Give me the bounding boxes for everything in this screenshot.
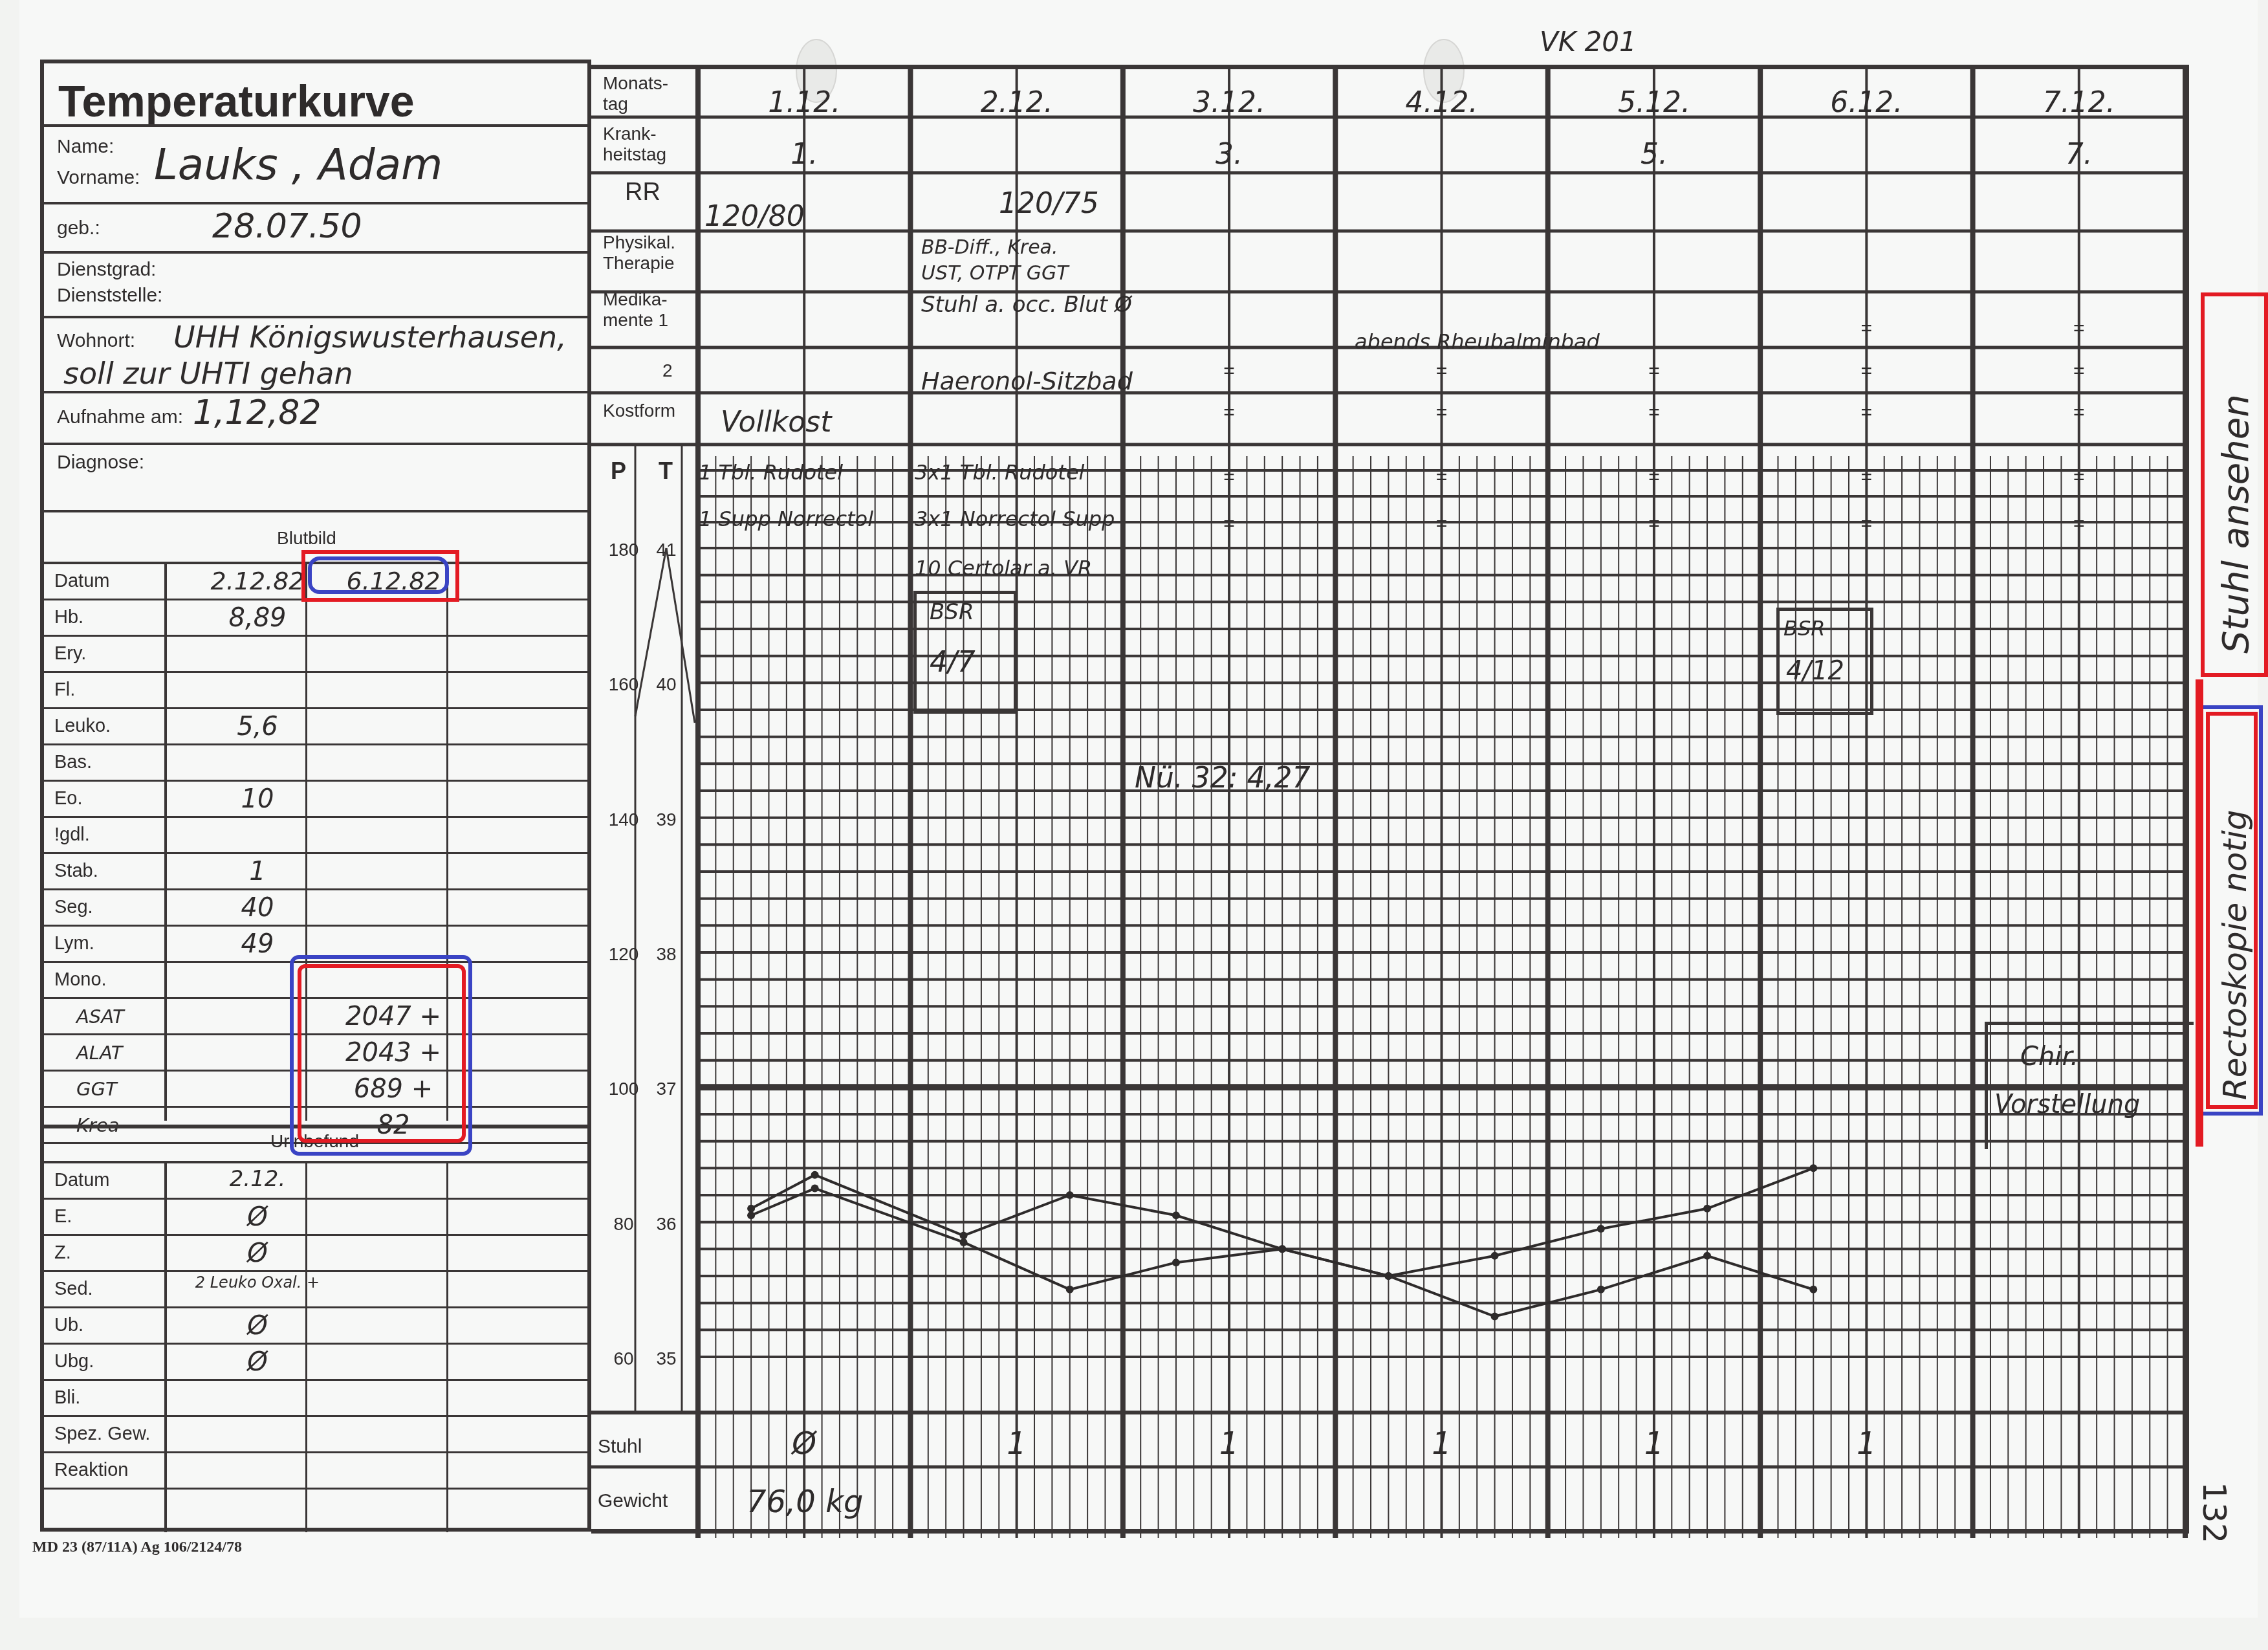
header-note: VK 201 xyxy=(1540,26,1637,58)
residence-label: Wohnort: xyxy=(57,330,135,352)
lab-row: Hb.8,89 xyxy=(44,600,587,637)
bsr-1-value: 4/7 xyxy=(930,646,976,679)
supp-day1: 1 Supp Norrectol xyxy=(699,507,873,531)
medikamente1-day4: abends Rheubalminbad xyxy=(1355,329,1600,354)
lab-row: Stab.1 xyxy=(44,854,587,890)
svg-text:3.: 3. xyxy=(1216,138,1243,171)
column-divider xyxy=(164,1163,167,1532)
lab-row-label: Eo. xyxy=(54,788,83,809)
lab-row: !gdl. xyxy=(44,818,587,854)
side-note-bottom: Rectoskopie notig xyxy=(2216,809,2254,1100)
svg-text:=: = xyxy=(1648,467,1660,488)
lab-row-label: Stab. xyxy=(54,861,98,882)
svg-text:=: = xyxy=(1223,402,1235,423)
svg-text:=: = xyxy=(2073,467,2085,488)
rudotel-day2: 3x1 Tbl. Rudotel xyxy=(915,460,1084,485)
svg-text:1: 1 xyxy=(1432,1425,1452,1462)
rank-label: Dienstgrad: xyxy=(57,259,156,281)
svg-text:4.12.: 4.12. xyxy=(1406,86,1478,119)
svg-text:5.12.: 5.12. xyxy=(1618,86,1690,119)
diagnosis-label: Diagnose: xyxy=(57,452,144,474)
form-code: MD 23 (87/11A) Ag 106/2124/78 xyxy=(32,1539,242,1556)
lab-row-label: Fl. xyxy=(54,679,75,701)
lab-row-label: !gdl. xyxy=(54,824,90,846)
svg-text:=: = xyxy=(1223,360,1235,382)
physikal-day2-line2: UST, OTPT GGT xyxy=(921,262,1069,285)
bsr-1-title: BSR xyxy=(930,599,974,625)
residence-value-line2: soll zur UHTI gehan xyxy=(63,356,353,391)
svg-text:5.: 5. xyxy=(1641,138,1668,171)
lab-row-label: E. xyxy=(54,1206,72,1227)
svg-text:1.: 1. xyxy=(791,138,818,171)
rr-day1-value: 120/80 xyxy=(704,200,805,233)
lab-value: Ø xyxy=(180,1202,335,1232)
lab-row-label: Bli. xyxy=(54,1387,80,1409)
svg-text:1: 1 xyxy=(1644,1425,1664,1462)
admission-value: 1,12,82 xyxy=(193,393,321,432)
lab-row: Reaktion xyxy=(44,1453,587,1490)
urinbefund-date-row: Datum 2.12. xyxy=(44,1163,587,1200)
svg-text:39: 39 xyxy=(656,809,676,830)
lab-value: 40 xyxy=(180,893,335,923)
svg-text:Ø: Ø xyxy=(791,1425,817,1462)
lab-row-label: Hb. xyxy=(54,607,83,628)
lab-row: Spez. Gew. xyxy=(44,1417,587,1453)
svg-text:=: = xyxy=(1648,402,1660,423)
svg-text:1: 1 xyxy=(1219,1425,1239,1462)
lab-row-label: ASAT xyxy=(76,1006,124,1028)
firstname-label: Vorname: xyxy=(57,167,140,189)
lab-value: 10 xyxy=(180,784,335,814)
svg-text:140: 140 xyxy=(609,809,639,830)
urinbefund-date-1: 2.12. xyxy=(180,1166,335,1192)
highlight-box-blue-date xyxy=(308,556,449,594)
svg-text:36: 36 xyxy=(656,1214,676,1234)
svg-text:=: = xyxy=(2073,360,2085,382)
medikamente1-day2: Stuhl a. occ. Blut Ø xyxy=(921,292,1132,318)
lab-row-label: Reaktion xyxy=(54,1460,128,1481)
svg-text:=: = xyxy=(1861,360,1873,382)
lab-row: Seg.40 xyxy=(44,890,587,927)
blutbild-title: Blutbild xyxy=(277,528,336,549)
lab-value: 8,89 xyxy=(180,603,335,633)
chart-graphics: 6080100120140160180353637383940411.12.1.… xyxy=(591,69,2189,1538)
side-note-top: Stuhl ansehen xyxy=(2215,394,2257,654)
rr-day2-value: 120/75 xyxy=(999,187,1099,220)
svg-text:=: = xyxy=(1861,318,1873,339)
svg-text:40: 40 xyxy=(656,674,676,694)
chir-line1: Chir. xyxy=(2020,1042,2078,1072)
svg-text:7.12.: 7.12. xyxy=(2043,86,2115,119)
lab-value: Ø xyxy=(180,1347,335,1377)
column-divider xyxy=(305,1163,307,1532)
svg-text:80: 80 xyxy=(613,1214,633,1234)
lab-row-label: Bas. xyxy=(54,752,92,773)
dob-value: 28.07.50 xyxy=(212,207,362,246)
lab-row-label: Spez. Gew. xyxy=(54,1424,150,1445)
residence-value-line1: UHH Königswusterhausen, xyxy=(173,320,567,355)
svg-text:=: = xyxy=(1223,467,1235,488)
patient-name: Lauks , Adam xyxy=(154,140,442,190)
lab-value: Ø xyxy=(180,1311,335,1341)
svg-text:=: = xyxy=(2073,402,2085,423)
svg-text:=: = xyxy=(1436,360,1448,382)
svg-text:37: 37 xyxy=(656,1079,676,1099)
svg-text:=: = xyxy=(1648,360,1660,382)
svg-text:=: = xyxy=(1436,402,1448,423)
lab-row: Bas. xyxy=(44,745,587,782)
rudotel-day1: 1 Tbl. Rudotel xyxy=(699,460,843,485)
svg-text:7.: 7. xyxy=(2066,138,2093,171)
column-divider xyxy=(164,564,167,1121)
svg-text:=: = xyxy=(1861,513,1873,534)
lab-row: Fl. xyxy=(44,673,587,709)
chir-line2: Vorstellung xyxy=(1994,1090,2140,1119)
physikal-day2-line1: BB-Diff., Krea. xyxy=(921,236,1058,259)
page-number: 132 xyxy=(2196,1482,2233,1543)
bsr-box-2: BSR 4/12 xyxy=(1776,608,1873,715)
svg-text:=: = xyxy=(1436,467,1448,488)
supp-day2: 3x1 Norrectol Supp xyxy=(915,507,1115,531)
lab-row: Ery. xyxy=(44,637,587,673)
lab-row-label: Ub. xyxy=(54,1315,83,1336)
svg-text:60: 60 xyxy=(613,1348,633,1369)
svg-text:=: = xyxy=(1861,402,1873,423)
lab-value: 2 Leuko Oxal. + xyxy=(180,1275,335,1290)
lab-row: E.Ø xyxy=(44,1200,587,1236)
column-divider xyxy=(446,1163,448,1532)
svg-text:=: = xyxy=(2073,318,2085,339)
chir-box: Chir. Vorstellung xyxy=(1985,1022,2194,1149)
svg-text:100: 100 xyxy=(609,1079,639,1099)
lab-value: 1 xyxy=(180,857,335,886)
svg-text:160: 160 xyxy=(609,674,639,694)
nu-note: Nü. 32: 4,27 xyxy=(1135,762,1311,795)
lab-row: Eo.10 xyxy=(44,782,587,818)
lab-row-label: Sed. xyxy=(54,1279,93,1300)
temperature-chart: Monats-tag Krank-heitstag RR Physikal.Th… xyxy=(591,65,2189,1534)
lab-row-label: Leuko. xyxy=(54,716,111,737)
lab-row-label: Seg. xyxy=(54,897,93,918)
lab-row: Ubg.Ø xyxy=(44,1345,587,1381)
bsr-box-1: BSR 4/7 xyxy=(913,591,1017,714)
document-title: Temperaturkurve xyxy=(58,76,415,127)
svg-text:=: = xyxy=(1648,513,1660,534)
lab-row: Bli. xyxy=(44,1381,587,1417)
lab-row-label: Ubg. xyxy=(54,1351,94,1372)
bsr-2-title: BSR xyxy=(1783,616,1826,641)
lab-row-label: Lym. xyxy=(54,933,94,954)
unit-label: Dienststelle: xyxy=(57,285,162,307)
lab-row-label: GGT xyxy=(76,1078,117,1100)
lab-row-label: Mono. xyxy=(54,969,107,991)
svg-text:1: 1 xyxy=(1007,1425,1027,1462)
date-label: Datum xyxy=(54,1170,109,1191)
dob-label: geb.: xyxy=(57,217,100,239)
lab-value: Ø xyxy=(180,1238,335,1268)
lab-row-label: Z. xyxy=(54,1242,71,1264)
name-label: Name: xyxy=(57,136,114,158)
svg-text:1.12.: 1.12. xyxy=(768,86,840,119)
svg-text:2.12.: 2.12. xyxy=(981,86,1053,119)
svg-text:180: 180 xyxy=(609,540,639,560)
admission-label: Aufnahme am: xyxy=(57,406,183,428)
kostform-day1: Vollkost xyxy=(721,406,831,439)
svg-text:3.12.: 3.12. xyxy=(1193,86,1265,119)
highlight-box-red-liver xyxy=(298,964,466,1143)
certolar-day2: 10 Certolar a. VR xyxy=(915,556,1092,580)
svg-text:=: = xyxy=(1861,467,1873,488)
lab-value: 5,6 xyxy=(180,712,335,742)
lab-row: Ub.Ø xyxy=(44,1308,587,1345)
bsr-2-value: 4/12 xyxy=(1786,656,1844,686)
svg-text:1: 1 xyxy=(1857,1425,1877,1462)
lab-row: Sed.2 Leuko Oxal. + xyxy=(44,1272,587,1308)
lab-row: Leuko.5,6 xyxy=(44,709,587,745)
svg-text:35: 35 xyxy=(656,1348,676,1369)
svg-text:=: = xyxy=(1223,513,1235,534)
svg-text:38: 38 xyxy=(656,944,676,964)
date-label: Datum xyxy=(54,571,109,592)
svg-text:120: 120 xyxy=(609,944,639,964)
red-margin-bar xyxy=(2196,679,2203,1147)
medikamente2-day2: Haeronol-Sitzbad xyxy=(921,367,1133,395)
gewicht-value: 76,0 kg xyxy=(747,1484,863,1520)
lab-row-label: ALAT xyxy=(76,1042,122,1064)
svg-text:=: = xyxy=(2073,513,2085,534)
svg-text:=: = xyxy=(1436,513,1448,534)
lab-row: Z.Ø xyxy=(44,1236,587,1272)
patient-info-panel: Temperaturkurve Name: Vorname: Lauks , A… xyxy=(40,60,591,1532)
svg-text:6.12.: 6.12. xyxy=(1830,86,1903,119)
lab-row-label: Ery. xyxy=(54,643,86,665)
